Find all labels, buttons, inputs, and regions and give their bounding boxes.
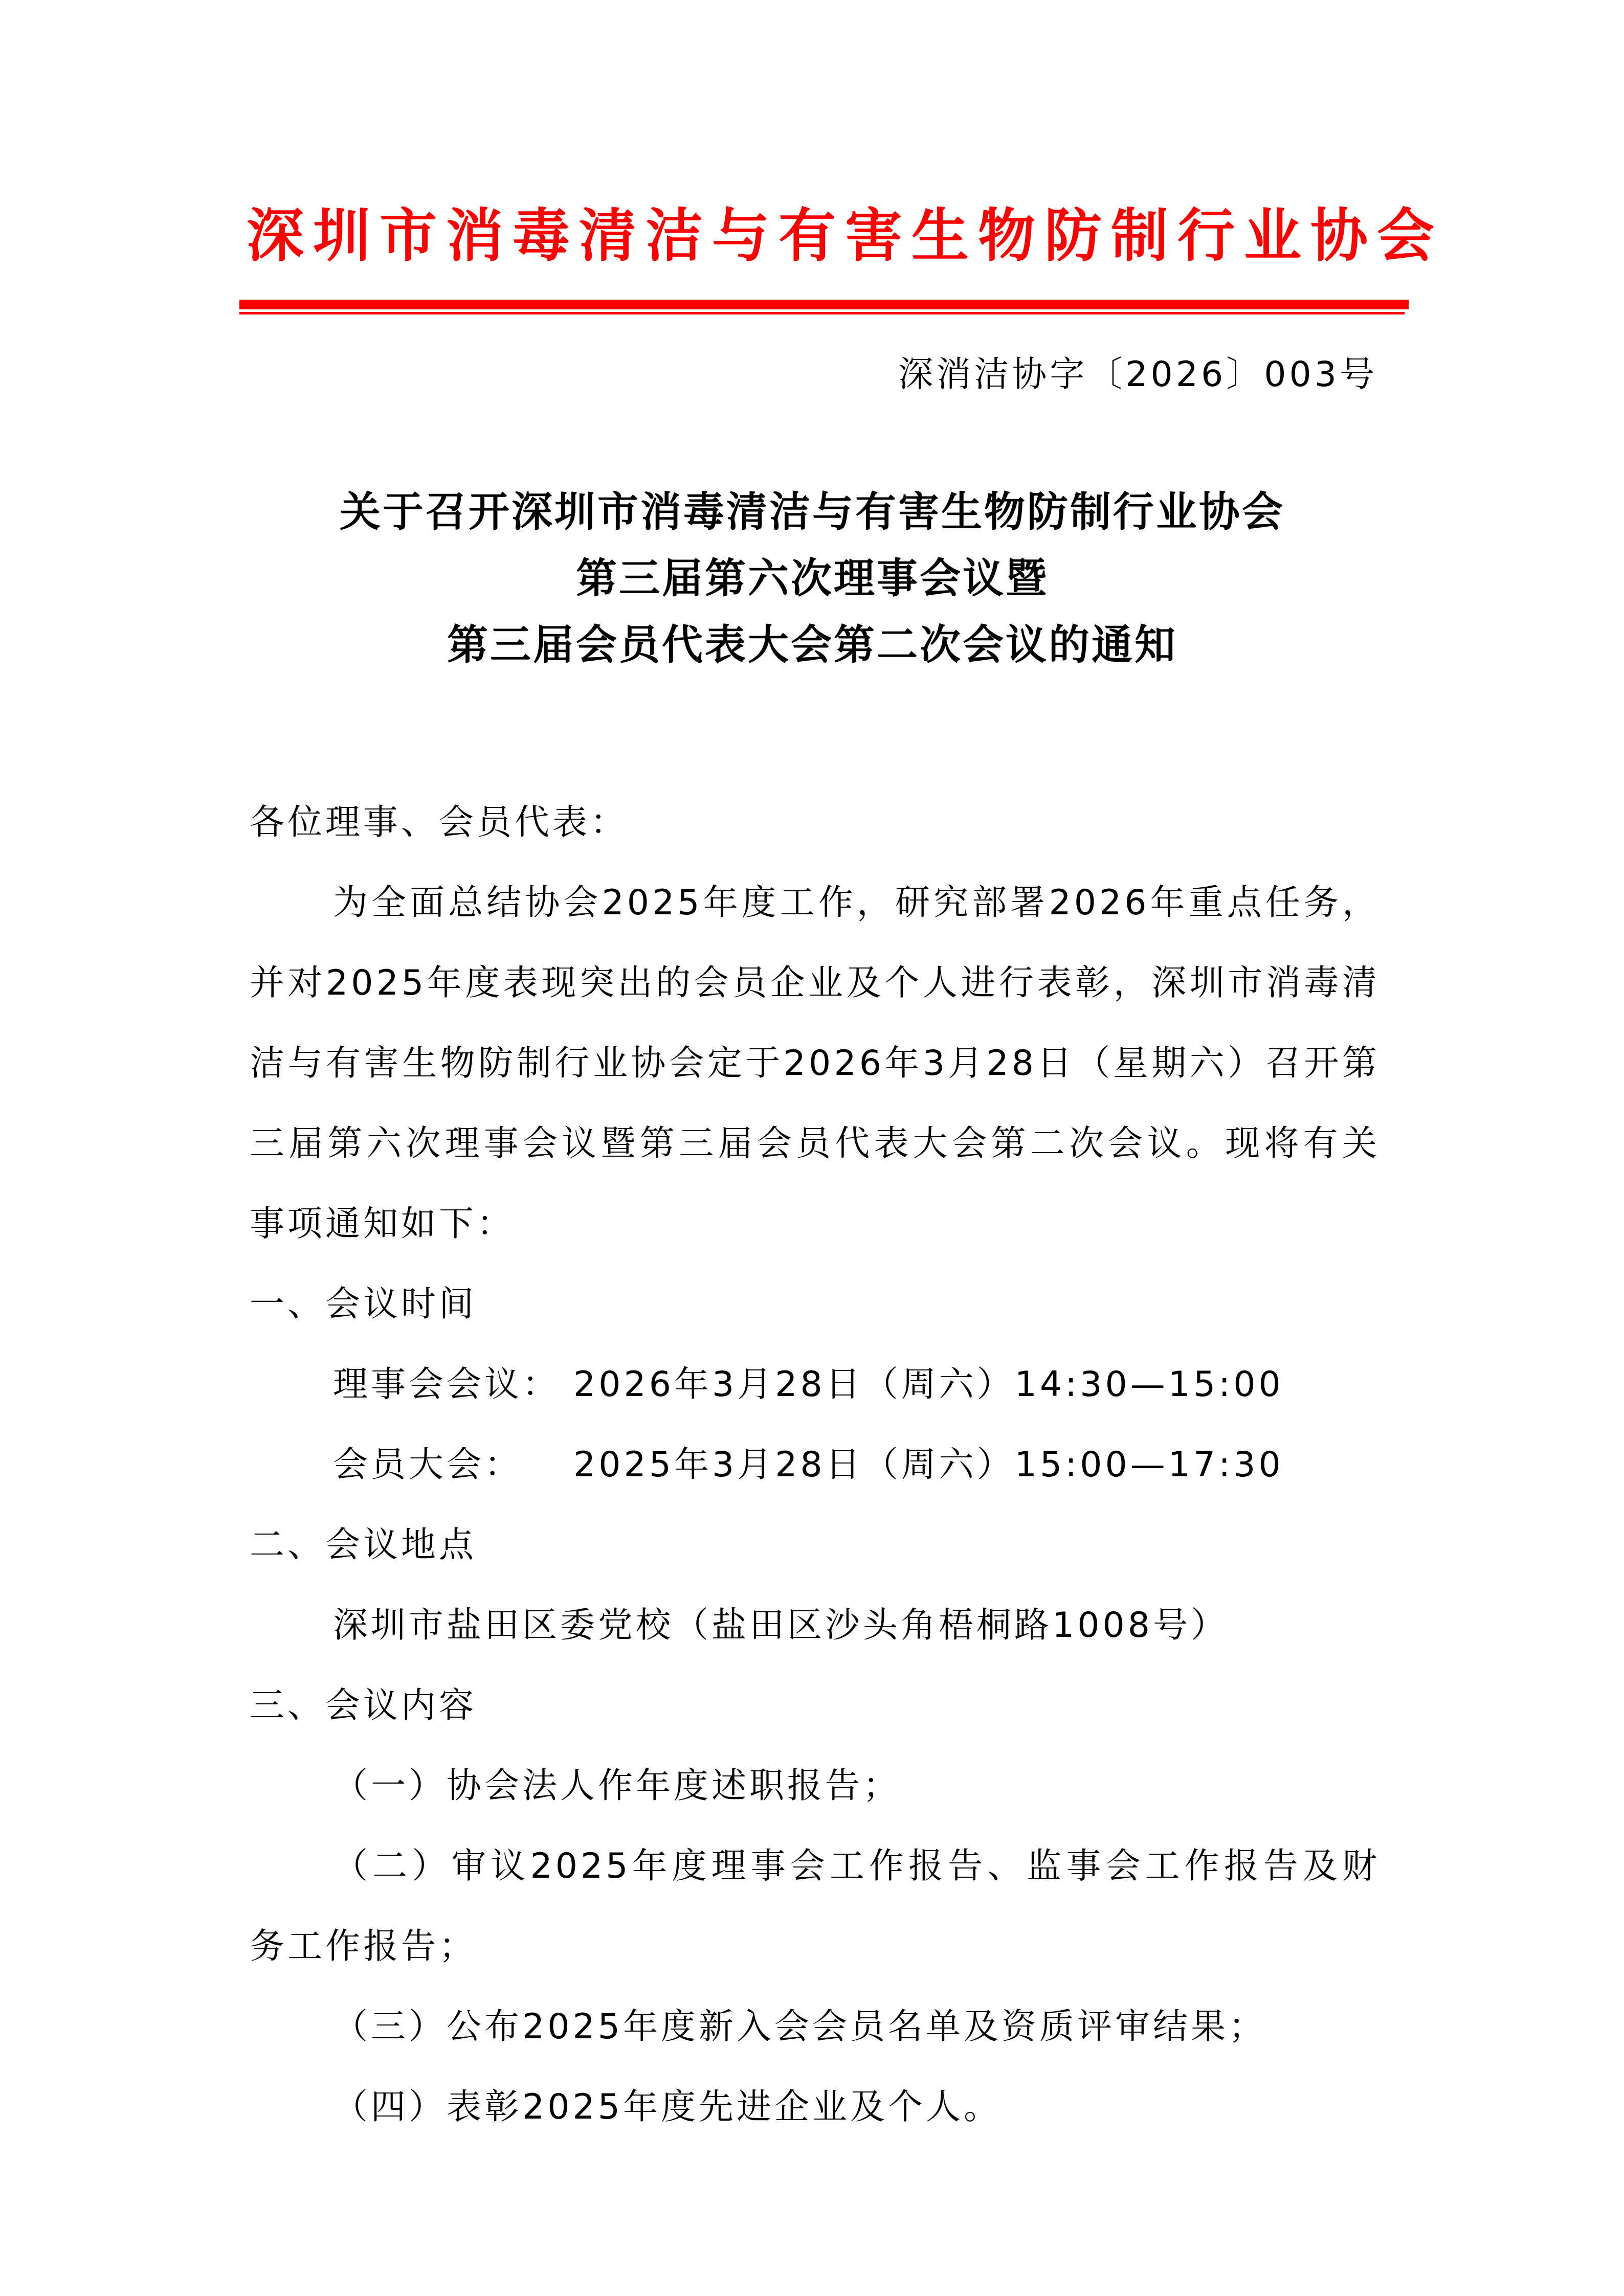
member-assembly-label: 会员大会：: [333, 1425, 573, 1505]
salutation: 各位理事、会员代表：: [250, 782, 1380, 863]
notice-title: 关于召开深圳市消毒清洁与有害生物防制行业协会 第三届第六次理事会议暨 第三届会员…: [250, 478, 1375, 678]
intro-paragraph: 为全面总结协会2025年度工作，研究部署2026年重点任务，并对2025年度表现…: [250, 863, 1380, 1264]
letterhead-thick-red-rule: [239, 300, 1409, 309]
agenda-item: （三）公布2025年度新入会会员名单及资质评审结果；: [250, 1987, 1380, 2067]
board-meeting-label: 理事会会议：: [333, 1344, 573, 1425]
agenda-item: （一）协会法人作年度述职报告；: [250, 1746, 1380, 1826]
notice-body: 各位理事、会员代表： 为全面总结协会2025年度工作，研究部署2026年重点任务…: [250, 782, 1380, 2147]
time-row-board-meeting: 理事会会议： 2026年3月28日（周六）14:30—15:00: [250, 1344, 1380, 1425]
title-line-2: 第三届第六次理事会议暨: [250, 545, 1375, 611]
time-row-member-assembly: 会员大会： 2025年3月28日（周六）15:00—17:30: [250, 1425, 1380, 1505]
meeting-location: 深圳市盐田区委党校（盐田区沙头角梧桐路1008号）: [250, 1585, 1380, 1665]
letterhead-organization-name: 深圳市消毒清洁与有害生物防制行业协会: [247, 200, 1392, 272]
title-line-1: 关于召开深圳市消毒清洁与有害生物防制行业协会: [250, 478, 1375, 545]
member-assembly-time: 2025年3月28日（周六）15:00—17:30: [573, 1425, 1284, 1505]
agenda-item: （四）表彰2025年度先进企业及个人。: [250, 2067, 1380, 2147]
document-page: 深圳市消毒清洁与有害生物防制行业协会 深消洁协字〔2026〕003号 关于召开深…: [0, 0, 1624, 2296]
section-heading-meeting-time: 一、会议时间: [250, 1264, 1380, 1344]
letterhead-thin-red-rule: [239, 312, 1405, 314]
title-line-3: 第三届会员代表大会第二次会议的通知: [250, 611, 1375, 678]
agenda-item: （二）审议2025年度理事会工作报告、监事会工作报告及财务工作报告；: [250, 1826, 1380, 1987]
board-meeting-time: 2026年3月28日（周六）14:30—15:00: [573, 1344, 1284, 1425]
section-heading-meeting-agenda: 三、会议内容: [250, 1665, 1380, 1746]
document-number: 深消洁协字〔2026〕003号: [898, 352, 1377, 398]
section-heading-meeting-location: 二、会议地点: [250, 1505, 1380, 1585]
